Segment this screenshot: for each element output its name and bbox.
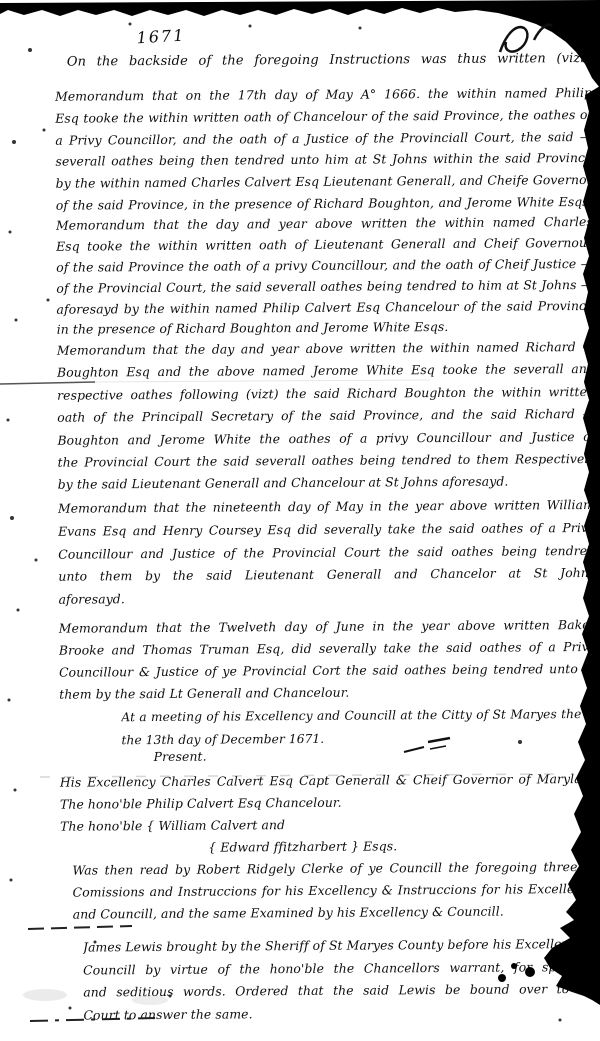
attendee-list: His Excellency Charles Calvert Esq Capt … <box>60 768 599 860</box>
backside-heading: On the backside of the foregoing Instruc… <box>67 51 591 70</box>
manuscript-line: Court to answer the same. <box>83 1000 599 1026</box>
manuscript-line: Councillour & Justice of ye Provincial C… <box>59 658 596 684</box>
manuscript-line: On the backside of the foregoing Instruc… <box>67 51 591 70</box>
james-lewis-entry: James Lewis brought by the Sheriff of St… <box>83 933 600 1027</box>
manuscript-text-layer: 1671 On the backside of the foregoing In… <box>0 0 600 1041</box>
manuscript-line: aforesayd. <box>58 585 595 612</box>
memorandum-philip-calvert: Memorandum that on the 17th day of May A… <box>55 82 593 217</box>
memorandum-boughton-white: Memorandum that the day and year above w… <box>57 336 596 496</box>
manuscript-line: His Excellency Charles Calvert Esq Capt … <box>60 768 598 794</box>
manuscript-line: unto them by the said Lieutenant General… <box>58 562 595 589</box>
manuscript-line: and Councill, and the same Examined by h… <box>73 900 597 926</box>
memorandum-brooke-truman: Memorandum that the Twelveth day of June… <box>59 614 597 706</box>
year-header: 1671 <box>136 26 186 48</box>
meeting-heading: At a meeting of his Excellency and Counc… <box>121 703 581 752</box>
manuscript-line: Comissions and Instruccions for his Exce… <box>73 878 597 904</box>
manuscript-page: 1671 On the backside of the foregoing In… <box>0 0 600 1041</box>
clerk-reading-entry: Was then read by Robert Ridgely Clerke o… <box>72 856 596 926</box>
manuscript-line: At a meeting of his Excellency and Counc… <box>121 703 581 729</box>
present-label: Present. <box>154 748 294 764</box>
manuscript-line: by the said Lieutenant Generall and Chan… <box>58 470 596 496</box>
manuscript-line: Evans Esq and Henry Coursey Esq did seve… <box>58 517 595 544</box>
manuscript-line: oath of the Principall Secretary of the … <box>57 403 595 429</box>
manuscript-line: the Provincial Court the said severall o… <box>58 448 596 474</box>
manuscript-line: Esq tooke the within written oath of Cha… <box>55 104 592 130</box>
manuscript-line: them by the said Lt Generall and Chancel… <box>59 680 596 706</box>
memorandum-evans-coursey: Memorandum that the nineteenth day of Ma… <box>58 494 596 612</box>
manuscript-line: aforesayd by the within named Philip Cal… <box>56 296 593 321</box>
manuscript-line: Present. <box>154 748 294 764</box>
memorandum-charles-calvert: Memorandum that the day and year above w… <box>56 212 594 341</box>
manuscript-line: and seditious words. Ordered that the sa… <box>83 978 599 1004</box>
manuscript-line: James Lewis brought by the Sheriff of St… <box>83 933 599 959</box>
